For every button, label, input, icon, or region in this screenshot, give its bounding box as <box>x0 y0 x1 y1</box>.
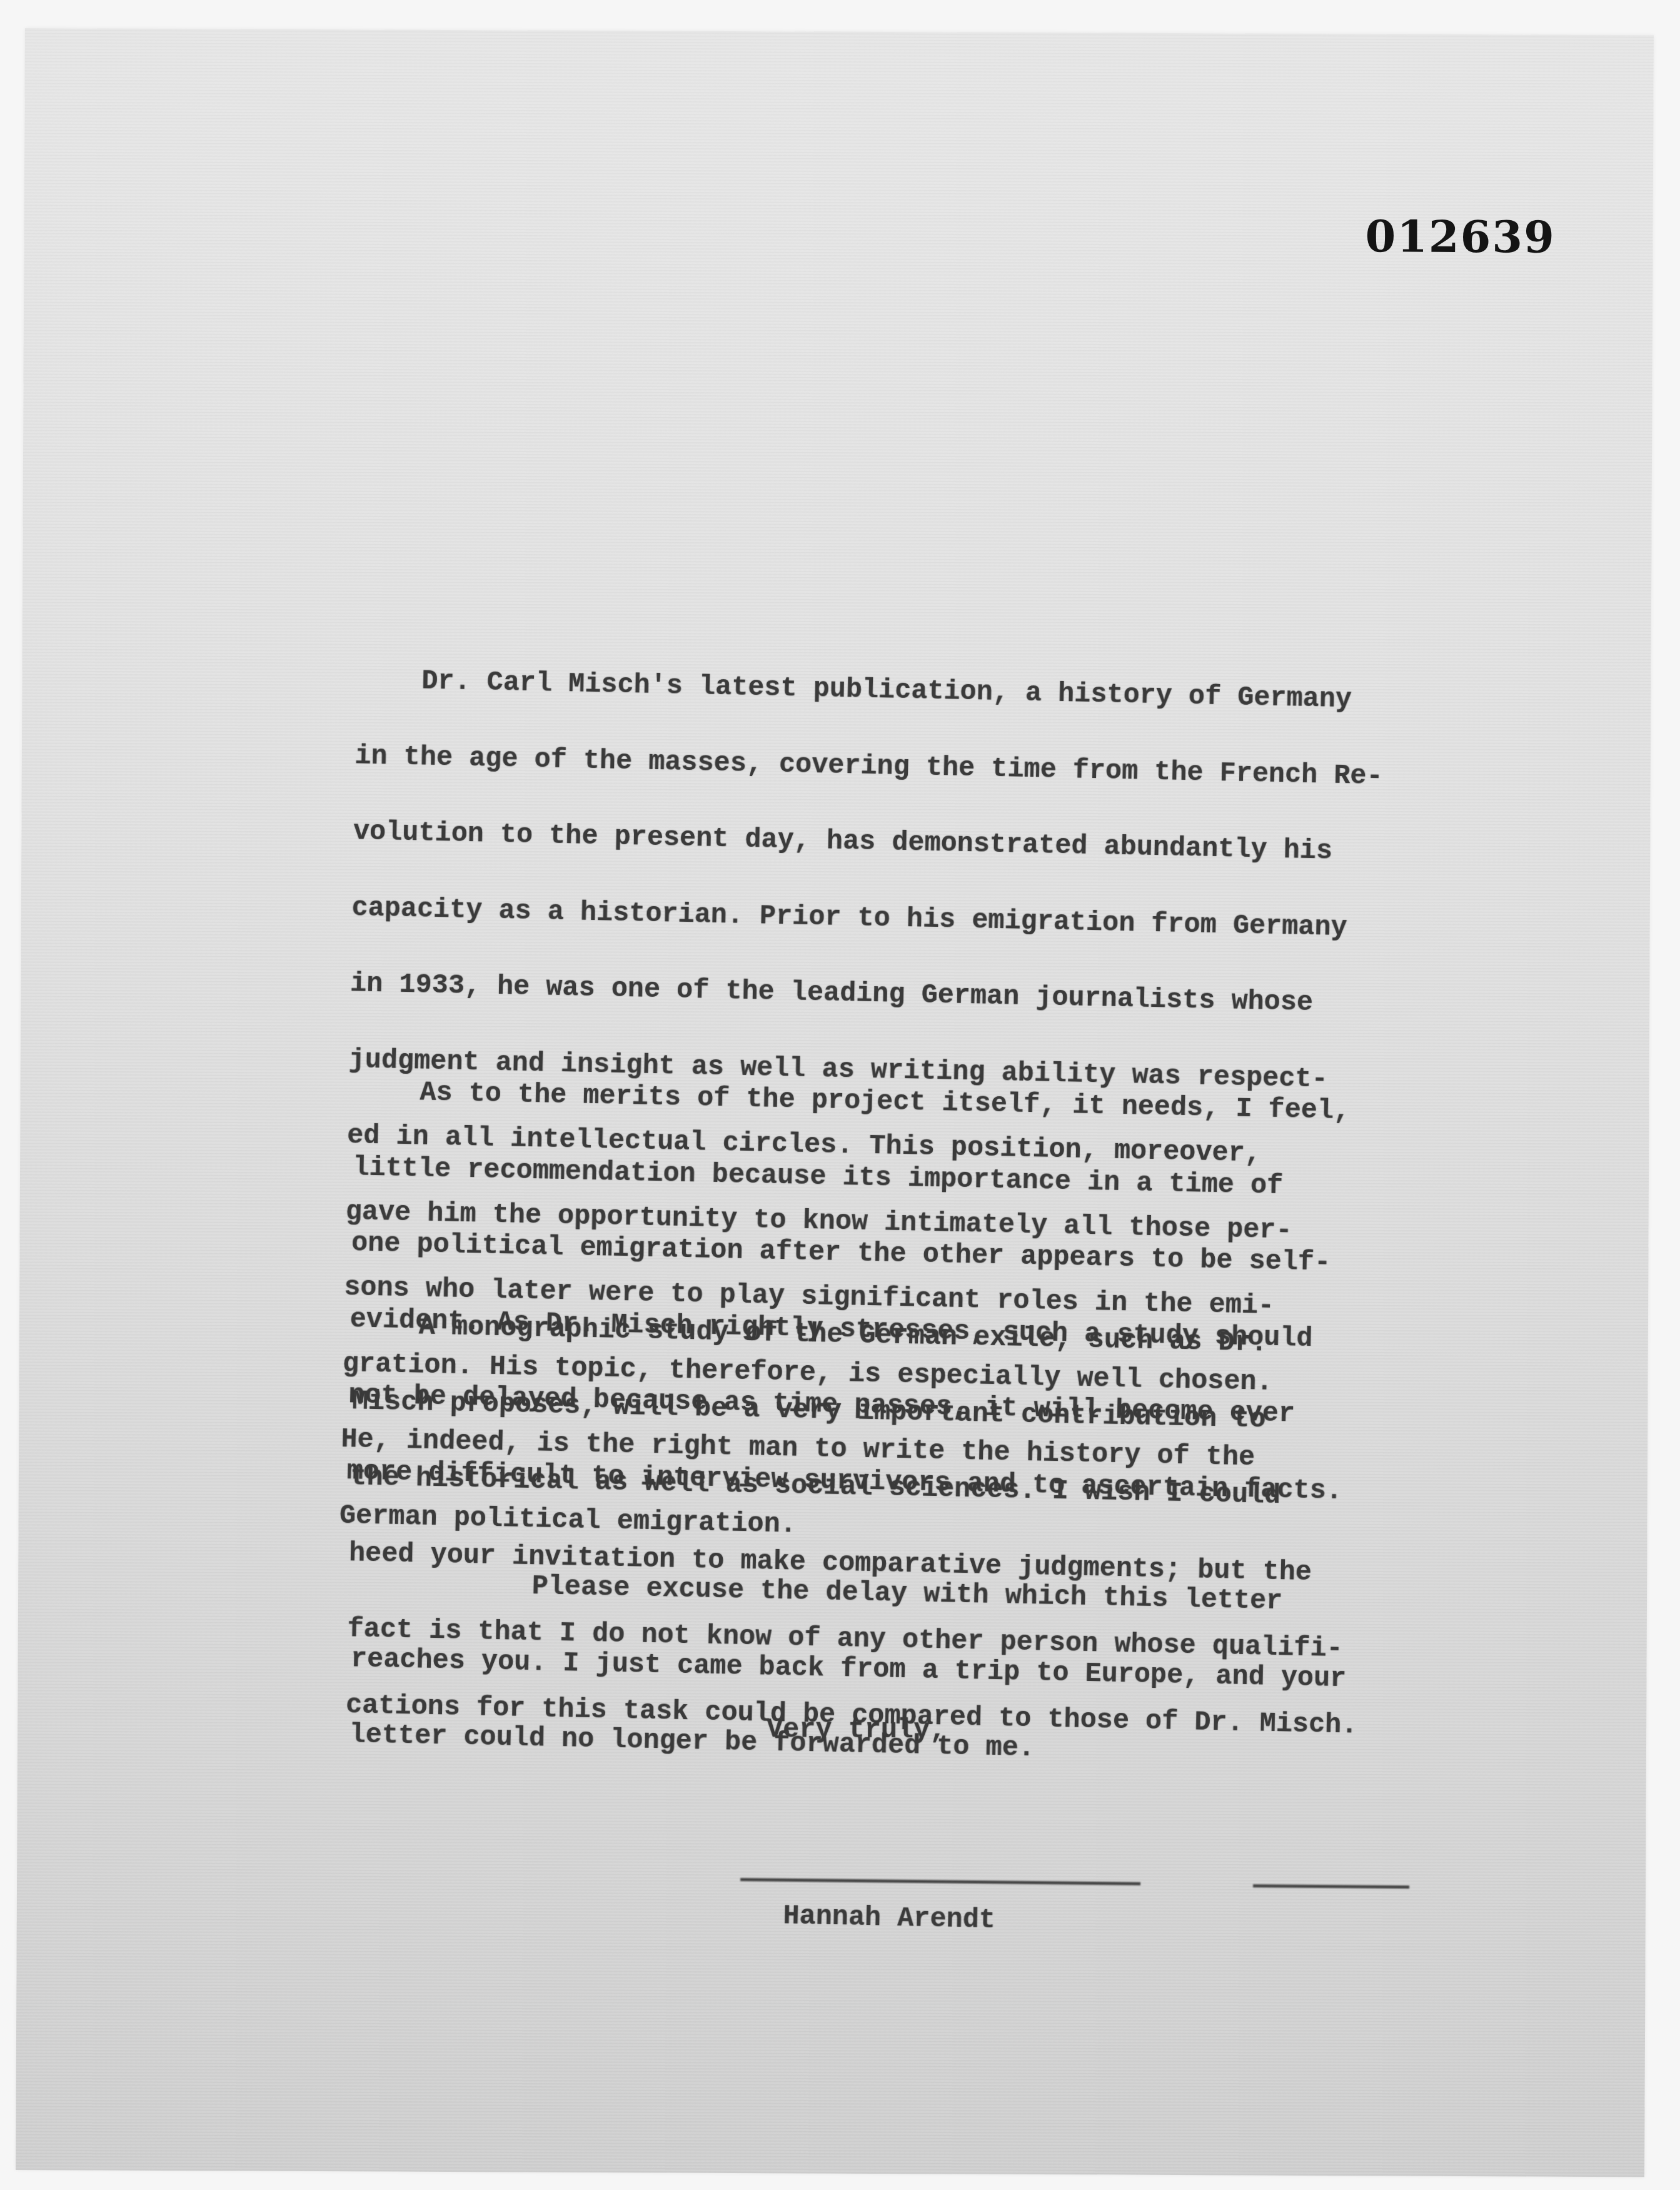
signature-line-segment <box>1253 1884 1409 1889</box>
text-line: As to the merits of the project itself, … <box>355 1079 1351 1124</box>
text-line: A monographic study of the German exile,… <box>353 1313 1366 1359</box>
text-line: little recommendation because its import… <box>353 1156 1349 1201</box>
text-line: reaches you. I just came back from a tri… <box>351 1647 1347 1692</box>
letter-page: 012639 Dr. Carl Misch's latest publicati… <box>16 28 1654 2177</box>
text-line: Misch proposes, will be a very important… <box>352 1390 1364 1435</box>
signature-line <box>740 1878 1140 1885</box>
text-line: Please excuse the delay with which this … <box>352 1571 1348 1616</box>
document-number-stamp: 012639 <box>1365 210 1556 263</box>
signer-name: Hannah Arendt <box>783 1904 995 1934</box>
text-line: volution to the present day, has demonst… <box>353 820 1382 865</box>
text-line: the historical as well as social science… <box>350 1465 1362 1511</box>
text-line: in the age of the masses, covering the t… <box>355 744 1383 790</box>
closing-salutation: Very truly, <box>767 1718 946 1744</box>
paragraph-apology-delay: Please excuse the delay with which this … <box>348 1520 1349 1819</box>
text-line: in 1933, he was one of the leading Germa… <box>350 972 1379 1017</box>
text-line: capacity as a historian. Prior to his em… <box>351 896 1380 942</box>
text-line: Dr. Carl Misch's latest publication, a h… <box>356 668 1384 714</box>
